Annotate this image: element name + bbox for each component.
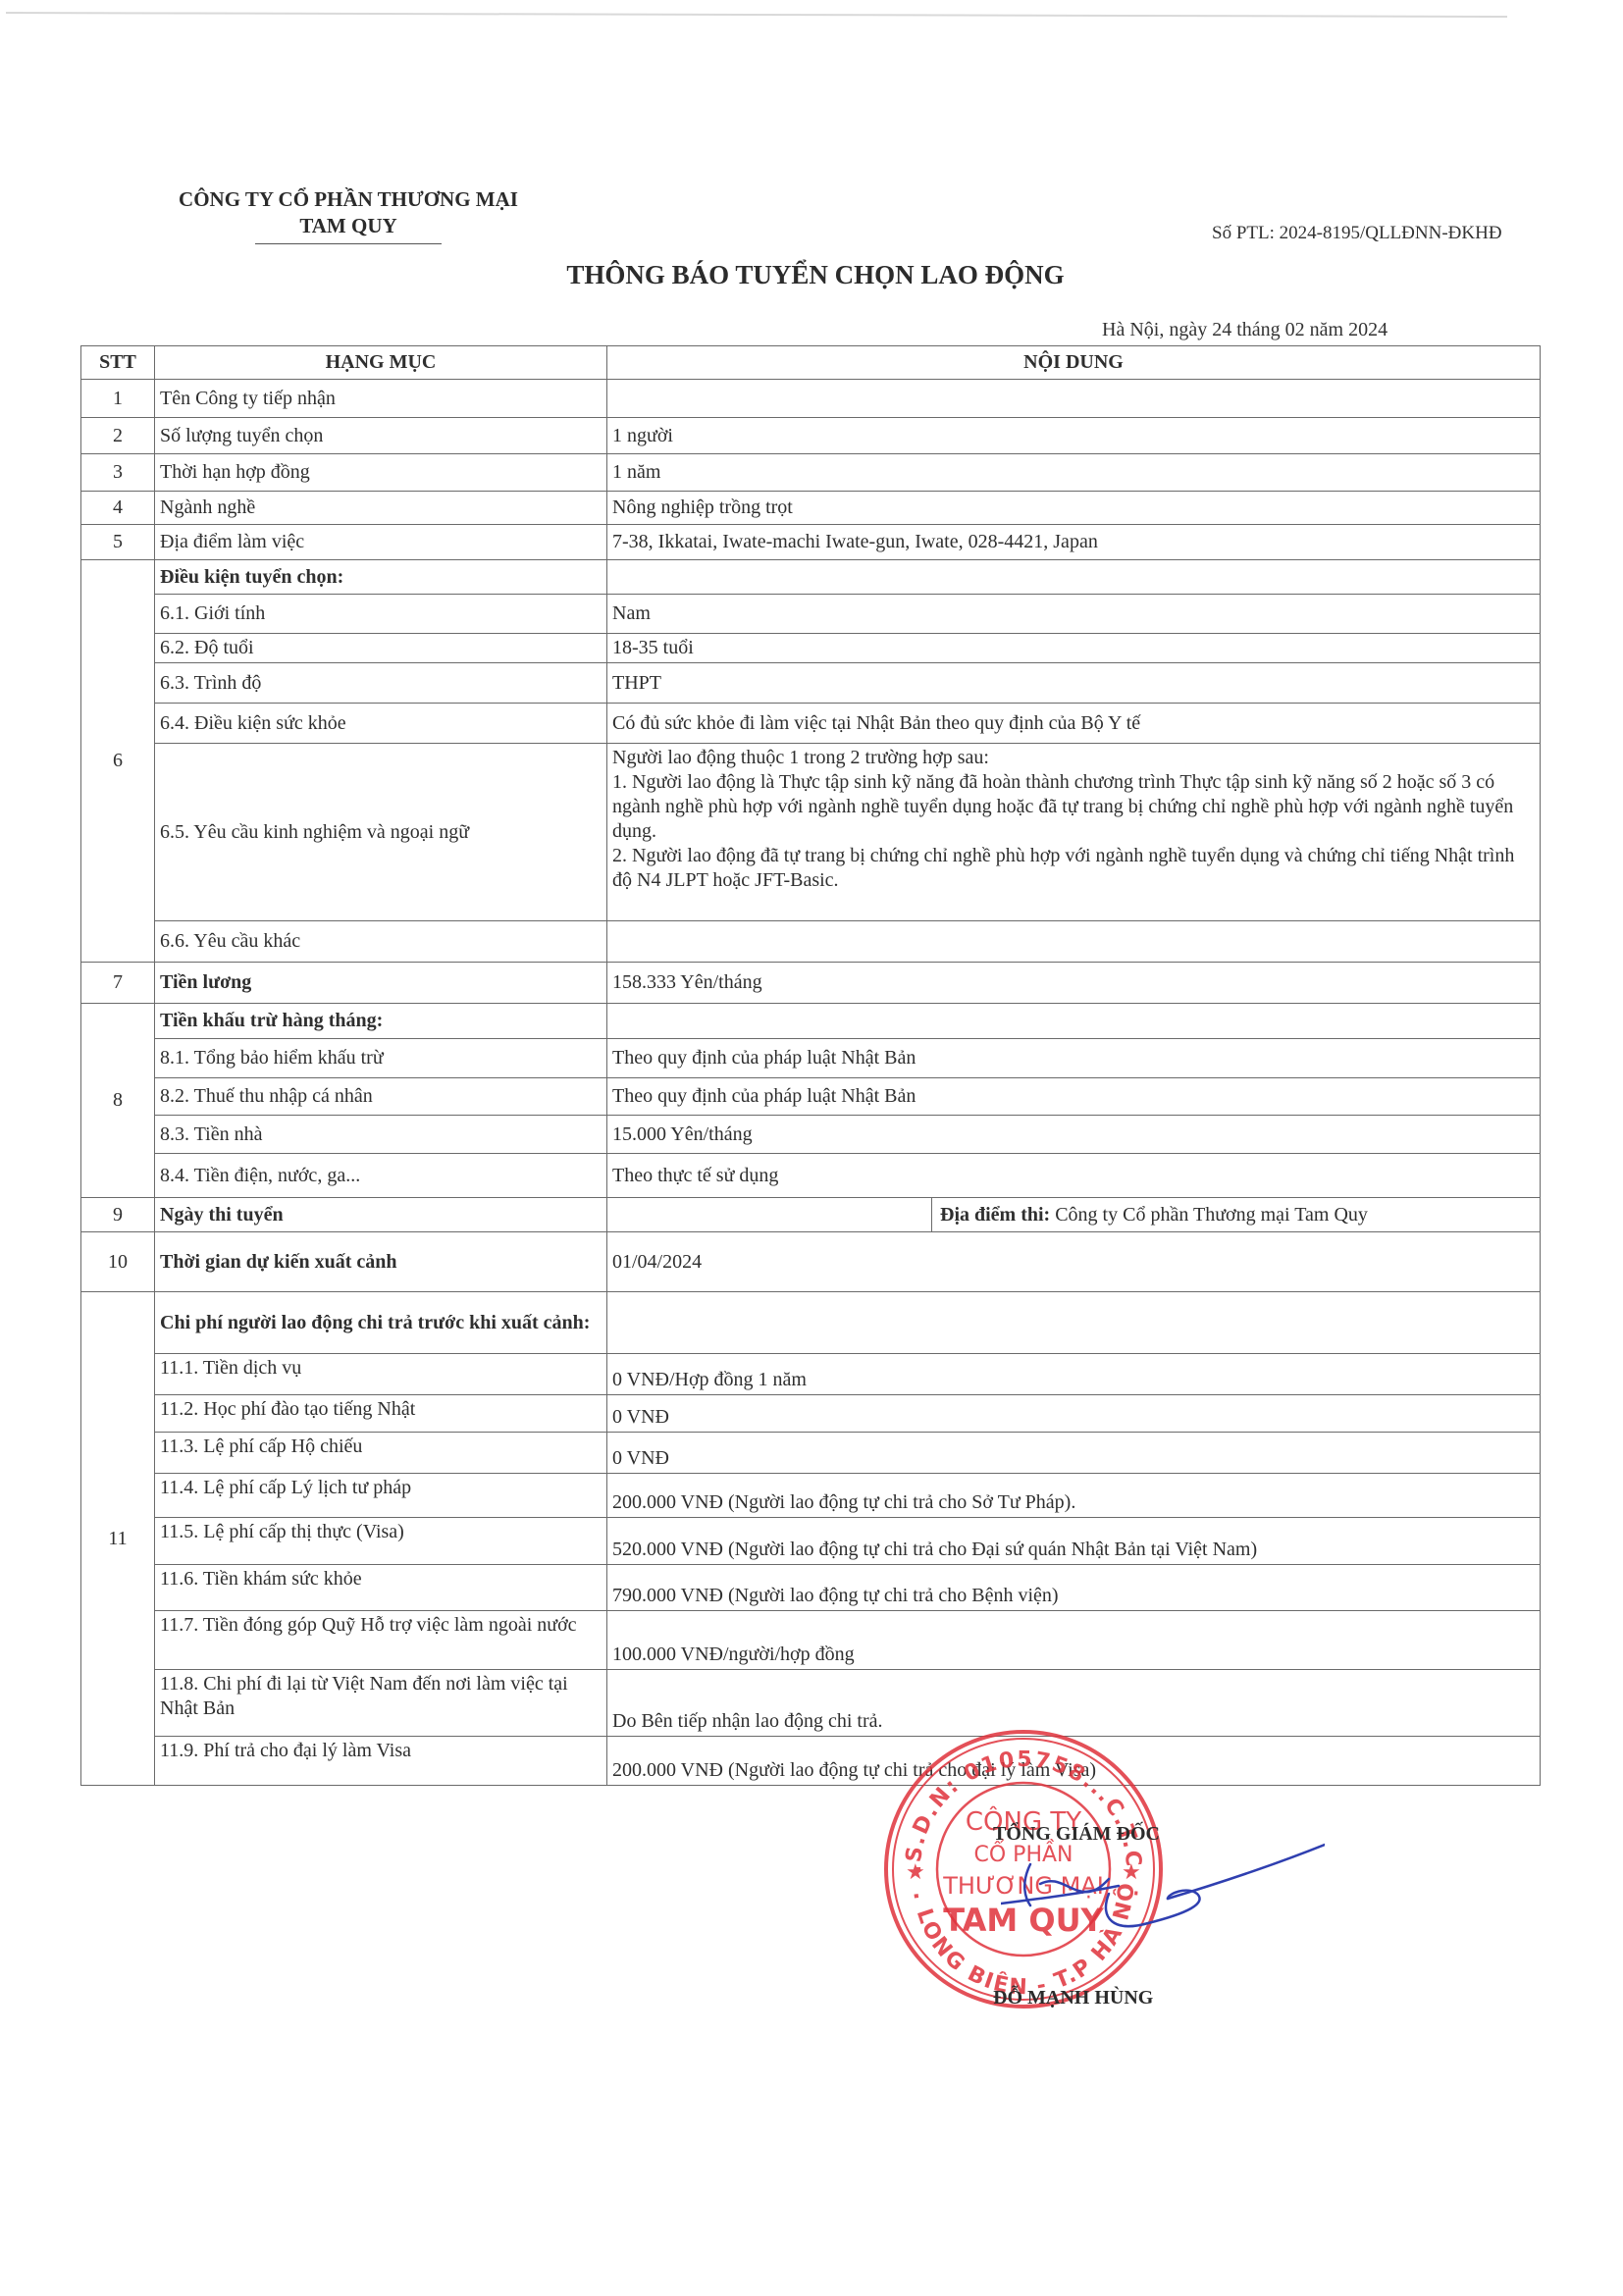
subrow-item: 11.4. Lệ phí cấp Lý lịch tư pháp [155,1474,607,1518]
subrow-content: 15.000 Yên/tháng [607,1116,1541,1154]
row-number: 1 [81,380,155,418]
subrow-content: Theo thực tế sử dụng [607,1154,1541,1198]
row-number: 10 [81,1232,155,1292]
table-subrow: 11.1. Tiền dịch vụ 0 VNĐ/Hợp đồng 1 năm [81,1354,1541,1395]
row-item: Địa điểm làm việc [155,525,607,560]
row-item: Ngày thi tuyển [155,1198,607,1232]
row-number: 6 [81,560,155,963]
row-item: Tên Công ty tiếp nhận [155,380,607,418]
svg-text:THƯƠNG MẠI: THƯƠNG MẠI [942,1872,1104,1900]
table-subrow: 6.2. Độ tuổi 18-35 tuổi [81,634,1541,663]
table-header-row: STT HẠNG MỤC NỘI DUNG [81,346,1541,380]
table-subrow: 11.3. Lệ phí cấp Hộ chiếu 0 VNĐ [81,1433,1541,1474]
subrow-content: Theo quy định của pháp luật Nhật Bản [607,1039,1541,1078]
company-underline [255,243,442,244]
row-number: 2 [81,418,155,454]
table-subrow: 6.5. Yêu cầu kinh nghiệm và ngoại ngữ Ng… [81,744,1541,921]
subrow-content: 0 VNĐ [607,1395,1541,1433]
section-heading: Chi phí người lao động chi trả trước khi… [155,1292,607,1354]
subrow-item: 8.4. Tiền điện, nước, ga... [155,1154,607,1198]
subrow-content: 200.000 VNĐ (Người lao động tự chi trả c… [607,1737,1541,1786]
table-row: 9 Ngày thi tuyển Địa điểm thi: Công ty C… [81,1198,1541,1232]
row-content [607,560,1541,595]
subrow-content: 520.000 VNĐ (Người lao động tự chi trả c… [607,1518,1541,1565]
subrow-content [607,921,1541,963]
table-subrow: 6.4. Điều kiện sức khỏe Có đủ sức khỏe đ… [81,704,1541,744]
exam-info-cell: Địa điểm thi: Công ty Cổ phần Thương mại… [607,1198,1541,1232]
table-subrow: 8.2. Thuế thu nhập cá nhân Theo quy định… [81,1078,1541,1116]
row-content [607,1004,1541,1039]
row-number: 8 [81,1004,155,1198]
table-subrow: 11.9. Phí trả cho đại lý làm Visa 200.00… [81,1737,1541,1786]
subrow-content: Có đủ sức khỏe đi làm việc tại Nhật Bản … [607,704,1541,744]
subrow-item: 11.8. Chi phí đi lại từ Việt Nam đến nơi… [155,1670,607,1737]
row-number: 7 [81,963,155,1004]
table-subrow: 6.1. Giới tính Nam [81,595,1541,634]
content-line: 1. Người lao động là Thực tập sinh kỹ nă… [612,770,1535,844]
table-subrow: 8.1. Tổng bảo hiểm khấu trừ Theo quy địn… [81,1039,1541,1078]
table-subrow: 8.4. Tiền điện, nước, ga... Theo thực tế… [81,1154,1541,1198]
exam-date-value [607,1198,932,1231]
row-item: Số lượng tuyển chọn [155,418,607,454]
company-name-line1: CÔNG TY CỔ PHẦN THƯƠNG MẠI [137,186,559,213]
column-header-item: HẠNG MỤC [155,346,607,380]
column-header-stt: STT [81,346,155,380]
table-row: 4 Ngành nghề Nông nghiệp trồng trọt [81,492,1541,525]
reference-number: Số PTL: 2024-8195/QLLĐNN-ĐKHĐ [1212,223,1502,244]
document-title: THÔNG BÁO TUYỂN CHỌN LAO ĐỘNG [0,260,1623,290]
row-number: 11 [81,1292,155,1786]
content-line: Người lao động thuộc 1 trong 2 trường hợ… [612,746,1535,770]
subrow-content: Theo quy định của pháp luật Nhật Bản [607,1078,1541,1116]
row-content [607,1292,1541,1354]
row-content: 1 người [607,418,1541,454]
subrow-item: 6.1. Giới tính [155,595,607,634]
subrow-item: 8.2. Thuế thu nhập cá nhân [155,1078,607,1116]
subrow-item: 8.1. Tổng bảo hiểm khấu trừ [155,1039,607,1078]
row-content [607,380,1541,418]
signatory-title: TỔNG GIÁM ĐỐC [993,1823,1160,1846]
company-name-block: CÔNG TY CỔ PHẦN THƯƠNG MẠI TAM QUY [137,186,559,244]
row-content: 7-38, Ikkatai, Iwate-machi Iwate-gun, Iw… [607,525,1541,560]
row-number: 9 [81,1198,155,1232]
table-row: 7 Tiền lương 158.333 Yên/tháng [81,963,1541,1004]
row-content: 158.333 Yên/tháng [607,963,1541,1004]
svg-text:★: ★ [906,1860,925,1885]
row-content: 01/04/2024 [607,1232,1541,1292]
table-subrow: 8.3. Tiền nhà 15.000 Yên/tháng [81,1116,1541,1154]
subrow-item: 11.3. Lệ phí cấp Hộ chiếu [155,1433,607,1474]
subrow-content: 0 VNĐ/Hợp đồng 1 năm [607,1354,1541,1395]
table-row: 1 Tên Công ty tiếp nhận [81,380,1541,418]
subrow-content: THPT [607,663,1541,704]
svg-text:TAM QUY: TAM QUY [943,1902,1104,1939]
content-line: 2. Người lao động đã tự trang bị chứng c… [612,844,1535,893]
section-heading: Tiền khấu trừ hàng tháng: [155,1004,607,1039]
row-item: Ngành nghề [155,492,607,525]
subrow-content: 18-35 tuổi [607,634,1541,663]
row-item: Tiền lương [155,963,607,1004]
column-header-content: NỘI DUNG [607,346,1541,380]
subrow-item: 11.6. Tiền khám sức khỏe [155,1565,607,1611]
subrow-content: 0 VNĐ [607,1433,1541,1474]
subrow-item: 11.5. Lệ phí cấp thị thực (Visa) [155,1518,607,1565]
row-item: Thời gian dự kiến xuất cảnh [155,1232,607,1292]
row-number: 3 [81,454,155,492]
document-date: Hà Nội, ngày 24 tháng 02 năm 2024 [1102,319,1387,341]
subrow-content: Nam [607,595,1541,634]
subrow-content: 790.000 VNĐ (Người lao động tự chi trả c… [607,1565,1541,1611]
exam-location: Địa điểm thi: Công ty Cổ phần Thương mại… [932,1198,1368,1231]
row-item: Thời hạn hợp đồng [155,454,607,492]
table-row: 5 Địa điểm làm việc 7-38, Ikkatai, Iwate… [81,525,1541,560]
subrow-item: 6.4. Điều kiện sức khỏe [155,704,607,744]
subrow-content: 100.000 VNĐ/người/hợp đồng [607,1611,1541,1670]
row-content: 1 năm [607,454,1541,492]
subrow-content: 200.000 VNĐ (Người lao động tự chi trả c… [607,1474,1541,1518]
table-subrow: 11.2. Học phí đào tạo tiếng Nhật 0 VNĐ [81,1395,1541,1433]
row-content: Nông nghiệp trồng trọt [607,492,1541,525]
table-subrow: 11.5. Lệ phí cấp thị thực (Visa) 520.000… [81,1518,1541,1565]
scan-artifact-line [6,12,1507,18]
svg-text:★: ★ [1122,1860,1141,1885]
subrow-content-multiline: Người lao động thuộc 1 trong 2 trường hợ… [607,744,1541,921]
recruitment-table: STT HẠNG MỤC NỘI DUNG 1 Tên Công ty tiếp… [80,345,1541,1786]
table-subrow: 11.7. Tiền đóng góp Quỹ Hỗ trợ việc làm … [81,1611,1541,1670]
table-row: 10 Thời gian dự kiến xuất cảnh 01/04/202… [81,1232,1541,1292]
table-subrow: 11.8. Chi phí đi lại từ Việt Nam đến nơi… [81,1670,1541,1737]
subrow-item: 6.3. Trình độ [155,663,607,704]
subrow-content: Do Bên tiếp nhận lao động chi trả. [607,1670,1541,1737]
subrow-item: 11.2. Học phí đào tạo tiếng Nhật [155,1395,607,1433]
exam-location-value: Công ty Cổ phần Thương mại Tam Quy [1055,1204,1368,1226]
row-number: 4 [81,492,155,525]
table-row-section-heading: 8 Tiền khấu trừ hàng tháng: [81,1004,1541,1039]
section-heading: Điều kiện tuyển chọn: [155,560,607,595]
row-number: 5 [81,525,155,560]
signatory-name: ĐỖ MẠNH HÙNG [993,1987,1153,2009]
subrow-item: 11.1. Tiền dịch vụ [155,1354,607,1395]
table-row: 3 Thời hạn hợp đồng 1 năm [81,454,1541,492]
table-subrow: 6.3. Trình độ THPT [81,663,1541,704]
subrow-item: 6.5. Yêu cầu kinh nghiệm và ngoại ngữ [155,744,607,921]
subrow-item: 11.9. Phí trả cho đại lý làm Visa [155,1737,607,1786]
subrow-item: 8.3. Tiền nhà [155,1116,607,1154]
subrow-item: 6.2. Độ tuổi [155,634,607,663]
exam-location-label: Địa điểm thi: [940,1204,1050,1226]
table-subrow: 6.6. Yêu cầu khác [81,921,1541,963]
table-subrow: 11.6. Tiền khám sức khỏe 790.000 VNĐ (Ng… [81,1565,1541,1611]
subrow-item: 6.6. Yêu cầu khác [155,921,607,963]
table-row-section-heading: 6 Điều kiện tuyển chọn: [81,560,1541,595]
subrow-item: 11.7. Tiền đóng góp Quỹ Hỗ trợ việc làm … [155,1611,607,1670]
table-subrow: 11.4. Lệ phí cấp Lý lịch tư pháp 200.000… [81,1474,1541,1518]
company-name-line2: TAM QUY [137,213,559,239]
table-row-section-heading: 11 Chi phí người lao động chi trả trước … [81,1292,1541,1354]
table-row: 2 Số lượng tuyển chọn 1 người [81,418,1541,454]
